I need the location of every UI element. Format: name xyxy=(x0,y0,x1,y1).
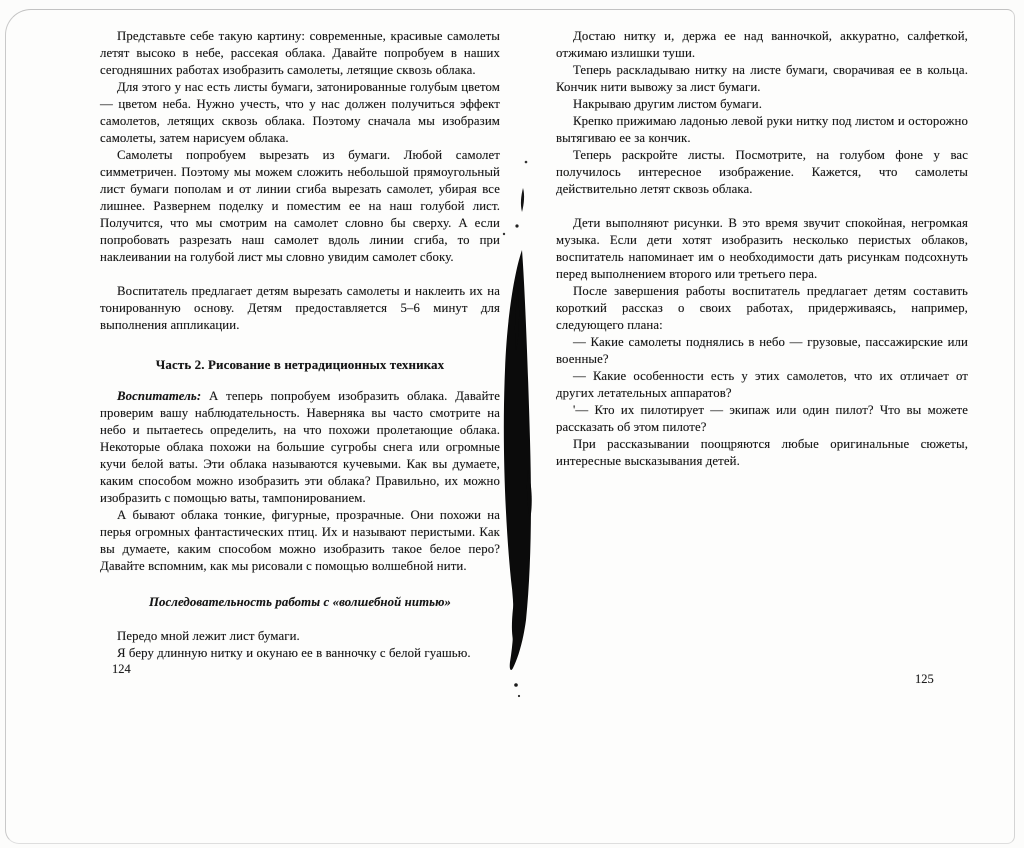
page-number-right: 125 xyxy=(915,672,934,687)
paragraph: А бывают облака тонкие, фигурные, прозра… xyxy=(100,507,500,575)
scanned-book-spread: Представьте себе такую картину: современ… xyxy=(0,0,1024,848)
paragraph: Для этого у нас есть листы бумаги, затон… xyxy=(100,79,500,147)
paragraph: Передо мной лежит лист бумаги. xyxy=(100,628,500,645)
teacher-paragraph: Воспитатель: А теперь попробуем изобрази… xyxy=(100,388,500,507)
teacher-text: А теперь попробуем изобразить облака. Да… xyxy=(100,389,500,505)
paragraph: Крепко прижимаю ладонью левой руки нитку… xyxy=(556,113,968,147)
paragraph: Самолеты попробуем вырезать из бумаги. Л… xyxy=(100,147,500,266)
paragraph: Накрываю другим листом бумаги. xyxy=(556,96,968,113)
discussion-question: — Какие самолеты поднялись в небо — груз… xyxy=(556,334,968,368)
paragraph: После завершения работы воспитатель пред… xyxy=(556,283,968,334)
paragraph: Достаю нитку и, держа ее над ванночкой, … xyxy=(556,28,968,62)
page-number-left: 124 xyxy=(112,662,131,677)
paragraph: Теперь раскладываю нитку на листе бумаги… xyxy=(556,62,968,96)
discussion-question: '— Кто их пилотирует — экипаж или один п… xyxy=(556,402,968,436)
ink-smudge xyxy=(492,140,552,720)
sequence-heading: Последовательность работы с «волшебной н… xyxy=(100,594,500,611)
paragraph: При рассказывании поощряются любые ориги… xyxy=(556,436,968,470)
paragraph: Я беру длинную нитку и окунаю ее в ванно… xyxy=(100,645,500,662)
paragraph: Воспитатель предлагает детям вырезать са… xyxy=(100,283,500,334)
right-page: Достаю нитку и, держа ее над ванночкой, … xyxy=(556,28,968,470)
section-heading: Часть 2. Рисование в нетрадиционных техн… xyxy=(100,356,500,373)
discussion-question: — Какие особенности есть у этих самолето… xyxy=(556,368,968,402)
paragraph: Теперь раскройте листы. Посмотрите, на г… xyxy=(556,147,968,198)
left-page: Представьте себе такую картину: современ… xyxy=(100,28,500,662)
teacher-lead-label: Воспитатель: xyxy=(117,389,201,403)
paragraph: Дети выполняют рисунки. В это время звуч… xyxy=(556,215,968,283)
paragraph: Представьте себе такую картину: современ… xyxy=(100,28,500,79)
